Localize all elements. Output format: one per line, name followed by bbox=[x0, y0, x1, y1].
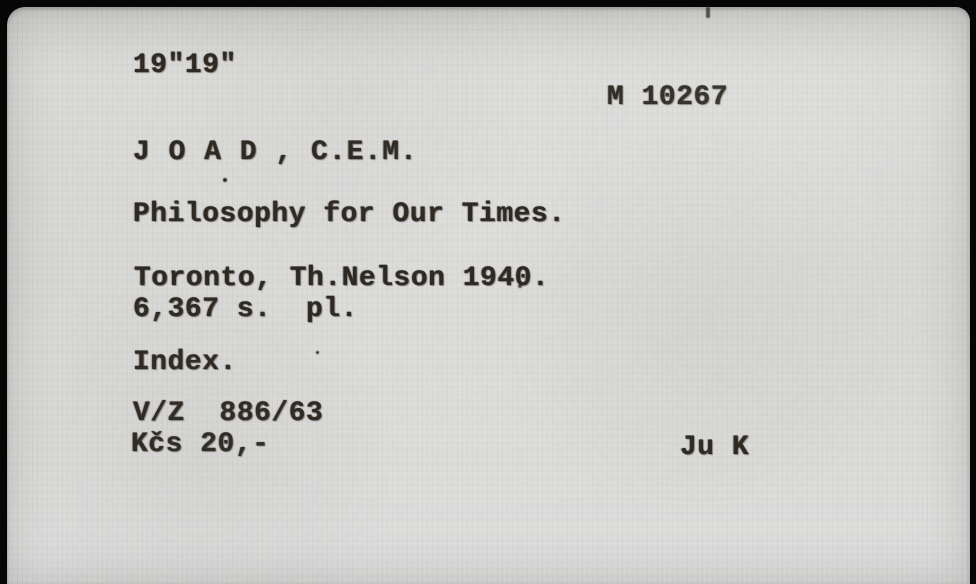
accession-number: M 10267 bbox=[607, 84, 728, 112]
author-heading: J O A D , C.E.M. bbox=[133, 139, 418, 167]
ink-speck bbox=[316, 351, 319, 354]
index-note: Index. bbox=[133, 349, 237, 377]
size-mark: 19"19" bbox=[133, 52, 237, 80]
catalog-card: 19"19" M 10267 J O A D , C.E.M. Philosop… bbox=[7, 7, 970, 584]
scan-edge-notch bbox=[706, 7, 710, 18]
call-number: V/Z 886/63 bbox=[133, 400, 323, 428]
book-title: Philosophy for Our Times. bbox=[133, 201, 566, 229]
price-line: Kčs 20,- bbox=[131, 431, 269, 459]
collation-line: 6,367 s. pl. bbox=[133, 296, 358, 324]
scanned-catalog-card-image: 19"19" M 10267 J O A D , C.E.M. Philosop… bbox=[0, 0, 976, 584]
ink-speck bbox=[223, 178, 227, 182]
cataloguer-initials: Ju K bbox=[680, 434, 749, 462]
ink-speck bbox=[518, 284, 522, 288]
imprint-line: Toronto, Th.Nelson 1940. bbox=[134, 265, 549, 293]
